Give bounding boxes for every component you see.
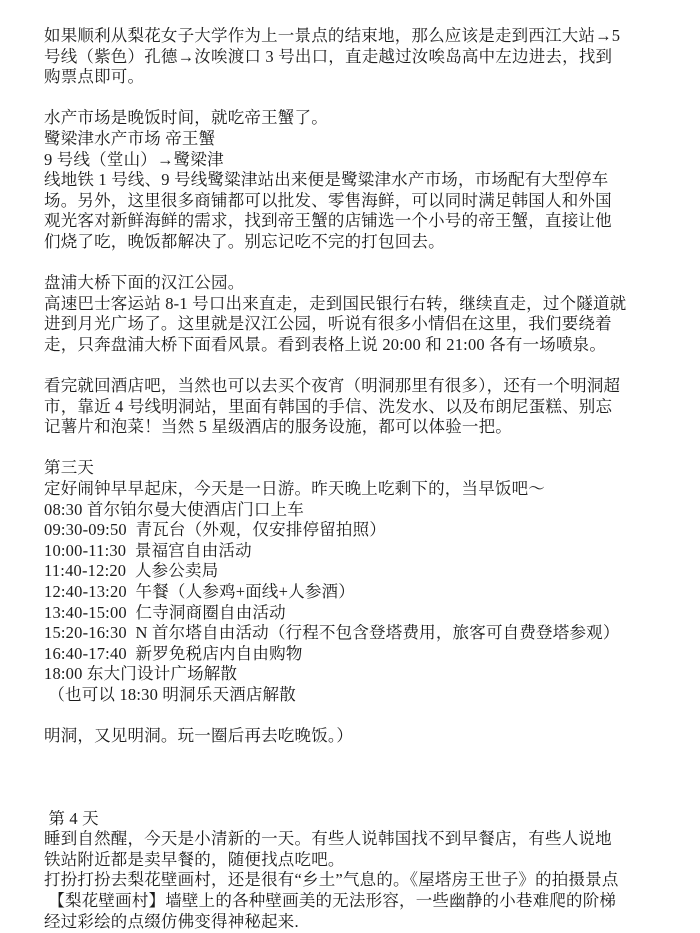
document-line: 打扮打扮去梨花壁画村，还是很有“乡土”气息的。《屋塔房王世子》的拍摄景点 bbox=[44, 870, 662, 891]
document-line: 盘浦大桥下面的汉江公园。 bbox=[44, 273, 662, 294]
document-line: 10:00-11:30 景福宫自由活动 bbox=[44, 541, 662, 562]
document-line: 看完就回酒店吧，当然也可以去买个夜宵（明洞那里有很多），还有一个明洞超 bbox=[44, 376, 662, 397]
document-line: 13:40-15:00 仁寺洞商圈自由活动 bbox=[44, 603, 662, 624]
document-line: 12:40-13:20 午餐（人参鸡+面线+人参酒） bbox=[44, 582, 662, 603]
document-line: 15:20-16:30 N 首尔塔自由活动（行程不包含登塔费用，旅客可自费登塔参… bbox=[44, 623, 662, 644]
blank-line bbox=[44, 706, 662, 727]
blank-line bbox=[44, 253, 662, 274]
document-line: 场。另外，这里很多商铺都可以批发、零售海鲜，可以同时满足韩国人和外国 bbox=[44, 191, 662, 212]
document-line: 们烧了吃，晚饭都解决了。别忘记吃不完的打包回去。 bbox=[44, 232, 662, 253]
document-line: 如果顺利从梨花女子大学作为上一景点的结束地，那么应该是走到西江大站→5 bbox=[44, 26, 662, 47]
document-line: 定好闹钟早早起床，今天是一日游。昨天晚上吃剩下的，当早饭吧～ bbox=[44, 479, 662, 500]
blank-line bbox=[44, 767, 662, 788]
document-line: 铁站附近都是卖早餐的，随便找点吃吧。 bbox=[44, 850, 662, 871]
document-line: 市，靠近 4 号线明洞站，里面有韩国的手信、洗发水、以及布朗尼蛋糕、别忘 bbox=[44, 397, 662, 418]
document-line: 走，只奔盘浦大桥下面看风景。看到表格上说 20:00 和 21:00 各有一场喷… bbox=[44, 335, 662, 356]
document-line: 16:40-17:40 新罗免税店内自由购物 bbox=[44, 644, 662, 665]
blank-line bbox=[44, 438, 662, 459]
document-line: 水产市场是晚饭时间，就吃帝王蟹了。 bbox=[44, 108, 662, 129]
blank-line bbox=[44, 88, 662, 109]
document-line: 高速巴士客运站 8-1 号口出来直走，走到国民银行右转，继续直走，过个隧道就 bbox=[44, 294, 662, 315]
document-line: 11:40-12:20 人参公卖局 bbox=[44, 561, 662, 582]
document-line: 记薯片和泡菜！当然 5 星级酒店的服务设施，都可以体验一把。 bbox=[44, 417, 662, 438]
document-line: 进到月光广场了。这里就是汉江公园，听说有很多小情侣在这里，我们要绕着 bbox=[44, 314, 662, 335]
document-line: 18:00 东大门设计广场解散 bbox=[44, 664, 662, 685]
document-line: 第三天 bbox=[44, 458, 662, 479]
document-line: 明洞，又见明洞。玩一圈后再去吃晚饭。） bbox=[44, 726, 662, 747]
document-line: 【梨花壁画村】墙壁上的各种壁画美的无法形容，一些幽静的小巷难爬的阶梯 bbox=[44, 891, 662, 912]
document-line: 经过彩绘的点缀仿佛变得神秘起来. bbox=[44, 912, 662, 933]
document-line: 号线（紫色）孔德→汝唉渡口 3 号出口，直走越过汝唉岛高中左边进去，找到 bbox=[44, 47, 662, 68]
document-line: 08:30 首尔铂尔曼大使酒店门口上车 bbox=[44, 500, 662, 521]
blank-line bbox=[44, 788, 662, 809]
document-line: 睡到自然醒，今天是小清新的一天。有些人说韩国找不到早餐店，有些人说地 bbox=[44, 829, 662, 850]
blank-line bbox=[44, 356, 662, 377]
document-body: 如果顺利从梨花女子大学作为上一景点的结束地，那么应该是走到西江大站→5号线（紫色… bbox=[0, 0, 700, 932]
document-line: 观光客对新鲜海鲜的需求，找到帝王蟹的店铺选一个小号的帝王蟹，直接让他 bbox=[44, 211, 662, 232]
document-line: 第 4 天 bbox=[44, 809, 662, 830]
document-line: 鹭梁津水产市场 帝王蟹 bbox=[44, 129, 662, 150]
document-page: 如果顺利从梨花女子大学作为上一景点的结束地，那么应该是走到西江大站→5号线（紫色… bbox=[0, 0, 700, 933]
blank-line bbox=[44, 747, 662, 768]
document-line: 线地铁 1 号线、9 号线鹭粱津站出来便是鹭粱津水产市场，市场配有大型停车 bbox=[44, 170, 662, 191]
document-line: 9 号线（堂山）→鹭梁津 bbox=[44, 150, 662, 171]
document-line: 购票点即可。 bbox=[44, 67, 662, 88]
document-line: （也可以 18:30 明洞乐天酒店解散 bbox=[44, 685, 662, 706]
document-line: 09:30-09:50 青瓦台（外观，仅安排停留拍照） bbox=[44, 520, 662, 541]
